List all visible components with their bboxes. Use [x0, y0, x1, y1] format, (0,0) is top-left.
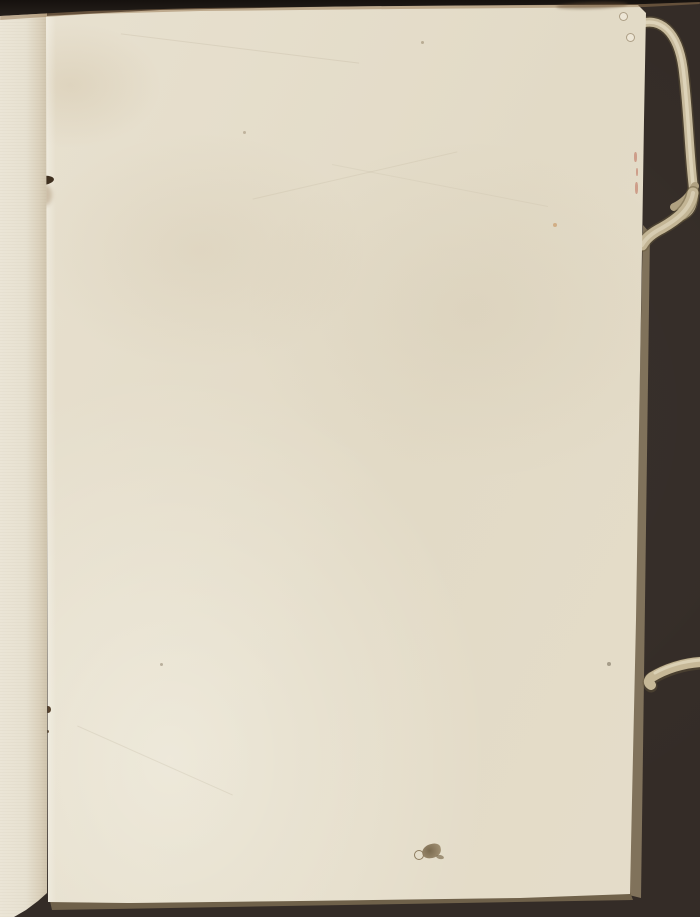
ink-blot-ring [414, 850, 424, 860]
vellum-tie-middle [649, 660, 700, 686]
blank-page [0, 0, 700, 917]
paper-crease [253, 151, 458, 199]
ink-blot-tail [436, 854, 445, 860]
paper-speck [160, 663, 163, 666]
paper-crease [121, 33, 359, 63]
paper-bubble-mark [619, 12, 628, 21]
facing-page-edge [0, 0, 47, 917]
paper-bubble-mark [626, 33, 635, 42]
red-edge-fleck [635, 182, 638, 194]
paper-speck [607, 662, 611, 666]
red-edge-fleck [636, 168, 638, 176]
gutter-highlight [46, 14, 56, 902]
paper-speck [421, 41, 424, 44]
book-scan [0, 0, 700, 917]
paper-crease [77, 725, 233, 795]
red-edge-fleck [634, 152, 637, 162]
paper-speck [243, 131, 246, 134]
paper-crease [332, 164, 548, 207]
vellum-tie-top [637, 22, 695, 245]
paper-speck [553, 223, 557, 227]
